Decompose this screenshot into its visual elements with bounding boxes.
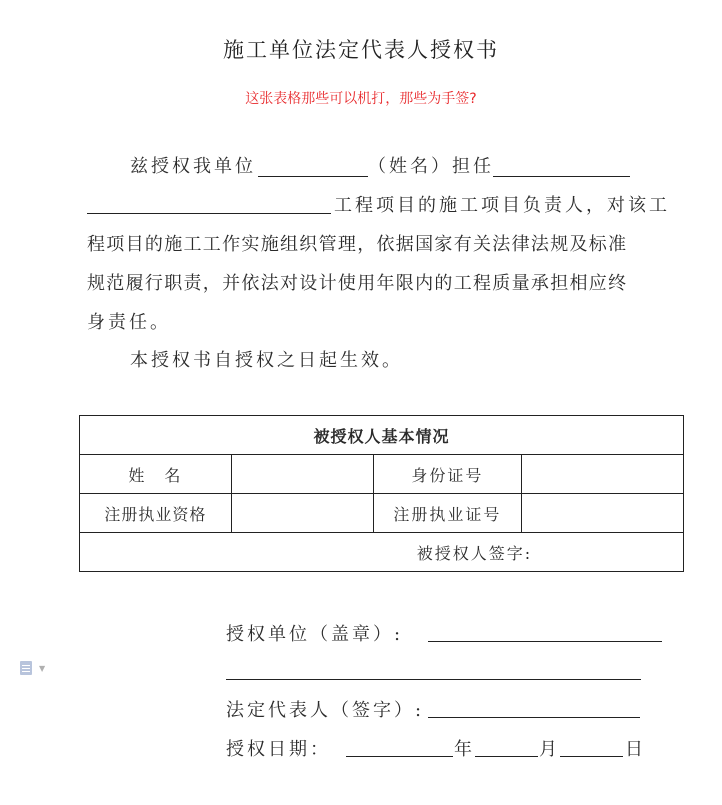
- name-value-cell[interactable]: [231, 455, 373, 494]
- para1-line3: 程项目的施工工作实施组织管理，依据国家有关法律法规及标准: [87, 230, 627, 256]
- year-label: 年: [454, 735, 475, 761]
- para1-line5: 身责任。: [87, 308, 171, 334]
- cert-number-label: 注册执业证号: [373, 494, 522, 533]
- para1-line4: 规范履行职责，并依法对设计使用年限内的工程质量承担相应终: [87, 269, 627, 295]
- chevron-down-icon[interactable]: ▼: [39, 664, 45, 673]
- day-label: 日: [625, 735, 646, 761]
- id-number-value-cell[interactable]: [522, 455, 684, 494]
- position-blank[interactable]: [493, 176, 630, 177]
- day-blank[interactable]: [560, 756, 623, 757]
- unit-seal-label: 授权单位（盖章）:: [226, 620, 403, 646]
- cert-number-value-cell[interactable]: [522, 494, 684, 533]
- legal-rep-signature-blank[interactable]: [428, 717, 640, 718]
- id-number-label: 身份证号: [373, 455, 522, 494]
- table-row: 注册执业资格 注册执业证号: [80, 494, 684, 533]
- date-label: 授权日期：: [226, 735, 331, 761]
- qualification-label: 注册执业资格: [80, 494, 232, 533]
- name-label: 姓 名: [80, 455, 232, 494]
- qualification-value-cell[interactable]: [231, 494, 373, 533]
- project-name-blank[interactable]: [87, 213, 331, 214]
- para2: 本授权书自授权之日起生效。: [130, 346, 403, 372]
- annotation-comment: 这张表格那些可以机打，那些为手签?: [0, 88, 722, 108]
- document-icon[interactable]: [20, 661, 32, 675]
- document-title: 施工单位法定代表人授权书: [0, 34, 722, 64]
- legal-rep-label: 法定代表人（签字）:: [226, 696, 424, 722]
- table-row: 姓 名 身份证号: [80, 455, 684, 494]
- para1-line1-mid: （姓名）担任: [368, 152, 494, 178]
- table-header: 被授权人基本情况: [80, 416, 684, 455]
- grantee-signature-label: 被授权人签字:: [417, 541, 532, 564]
- month-label: 月: [539, 735, 560, 761]
- grantee-info-table: 被授权人基本情况 姓 名 身份证号 注册执业资格 注册执业证号 被授权人签字:: [79, 415, 684, 572]
- para1-line1-prefix: 兹授权我单位: [130, 152, 256, 178]
- para1-line2: 工程项目的施工项目负责人，对该工: [334, 191, 670, 217]
- unit-seal-blank[interactable]: [428, 641, 662, 642]
- unit-name-blank[interactable]: [258, 176, 368, 177]
- month-blank[interactable]: [475, 756, 538, 757]
- unit-seal-blank-2[interactable]: [226, 679, 641, 680]
- grantee-signature-cell[interactable]: 被授权人签字:: [80, 533, 684, 572]
- year-blank[interactable]: [346, 756, 453, 757]
